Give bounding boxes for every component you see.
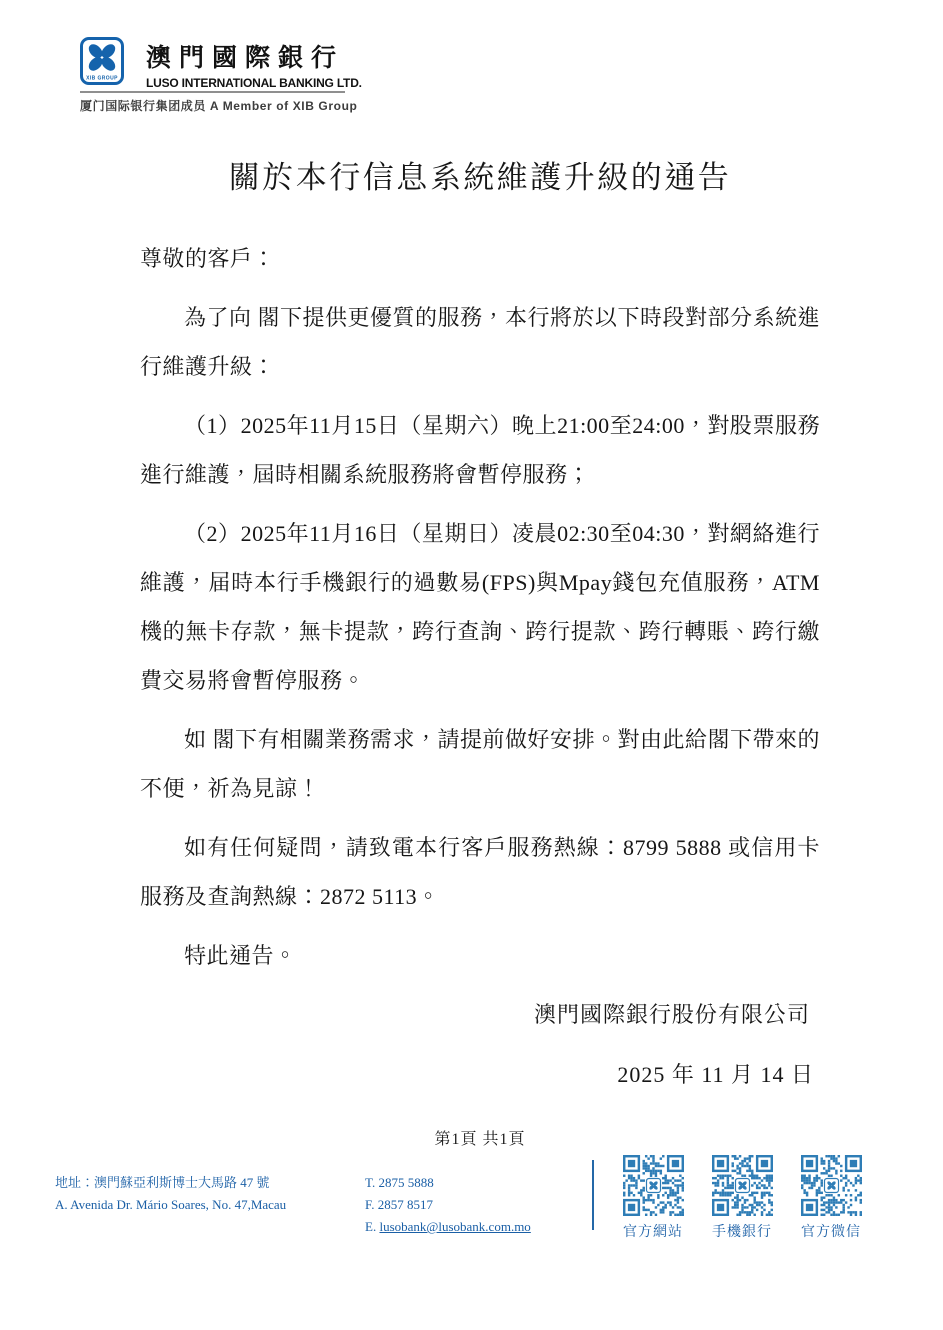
signature-company: 澳門國際銀行股份有限公司 [140, 990, 820, 1039]
page-number: 第1頁 共1頁 [140, 1126, 820, 1149]
qr-code-website-icon [623, 1155, 684, 1216]
footer-vertical-divider [592, 1160, 594, 1230]
qr-wechat: 官方微信 [795, 1155, 867, 1241]
phone-line: T. 2875 5888 [365, 1172, 531, 1194]
address-block: 地址：澳門蘇亞利斯博士大馬路 47 號 A. Avenida Dr. Mário… [55, 1172, 286, 1216]
qr-website: 官方網站 [617, 1155, 689, 1241]
bank-name-en: LUSO INTERNATIONAL BANKING LTD. [146, 76, 406, 90]
notice-body: 關於本行信息系統維護升級的通告 尊敬的客戶： 為了向 閣下提供更優質的服務，本行… [140, 148, 820, 1099]
email-line: E. lusobank@lusobank.com.mo [365, 1216, 531, 1238]
address-en: A. Avenida Dr. Mário Soares, No. 47,Maca… [55, 1194, 286, 1216]
fax-line: F. 2857 8517 [365, 1194, 531, 1216]
member-line: 厦门国际银行集团成员 A Member of XIB Group [80, 97, 357, 114]
address-zh: 地址：澳門蘇亞利斯博士大馬路 47 號 [55, 1172, 286, 1194]
bank-logo: XIB GROUP [80, 37, 124, 85]
clover-logo-icon: XIB GROUP [80, 37, 124, 85]
paragraph-intro: 為了向 閣下提供更優質的服務，本行將於以下時段對部分系統進行維護升級： [140, 293, 820, 391]
paragraph-arrange: 如 閣下有相關業務需求，請提前做好安排。對由此給閣下帶來的不便，祈為見諒！ [140, 715, 820, 813]
qr-wechat-label: 官方微信 [795, 1221, 867, 1241]
bank-name-block: 澳門國際銀行 LUSO INTERNATIONAL BANKING LTD. [146, 38, 406, 90]
qr-mobile-banking-label: 手機銀行 [706, 1221, 778, 1241]
email-link[interactable]: lusobank@lusobank.com.mo [379, 1219, 530, 1234]
bank-name-zh: 澳門國際銀行 [146, 38, 406, 74]
paragraph-item-1: （1）2025年11月15日（星期六）晚上21:00至24:00，對股票服務進行… [140, 401, 820, 499]
paragraph-closing: 特此通告。 [140, 931, 820, 980]
notice-title: 關於本行信息系統維護升級的通告 [140, 156, 820, 200]
signature-date: 2025 年 11 月 14 日 [140, 1050, 820, 1099]
qr-website-label: 官方網站 [617, 1221, 689, 1241]
notice-page: XIB GROUP 澳門國際銀行 LUSO INTERNATIONAL BANK… [0, 0, 943, 1330]
qr-code-mobile-banking-icon [712, 1155, 773, 1216]
paragraph-hotline: 如有任何疑問，請致電本行客戶服務熱線：8799 5888 或信用卡服務及查詢熱線… [140, 823, 820, 921]
footer: 地址：澳門蘇亞利斯博士大馬路 47 號 A. Avenida Dr. Mário… [0, 1150, 943, 1270]
svg-text:XIB GROUP: XIB GROUP [86, 76, 118, 82]
qr-mobile-banking: 手機銀行 [706, 1155, 778, 1241]
paragraph-item-2: （2）2025年11月16日（星期日）凌晨02:30至04:30，對網絡進行維護… [140, 509, 820, 705]
greeting: 尊敬的客戶： [140, 234, 820, 283]
header-divider [80, 91, 345, 93]
qr-code-wechat-icon [801, 1155, 862, 1216]
contact-block: T. 2875 5888 F. 2857 8517 E. lusobank@lu… [365, 1172, 531, 1238]
email-prefix: E. [365, 1219, 379, 1234]
